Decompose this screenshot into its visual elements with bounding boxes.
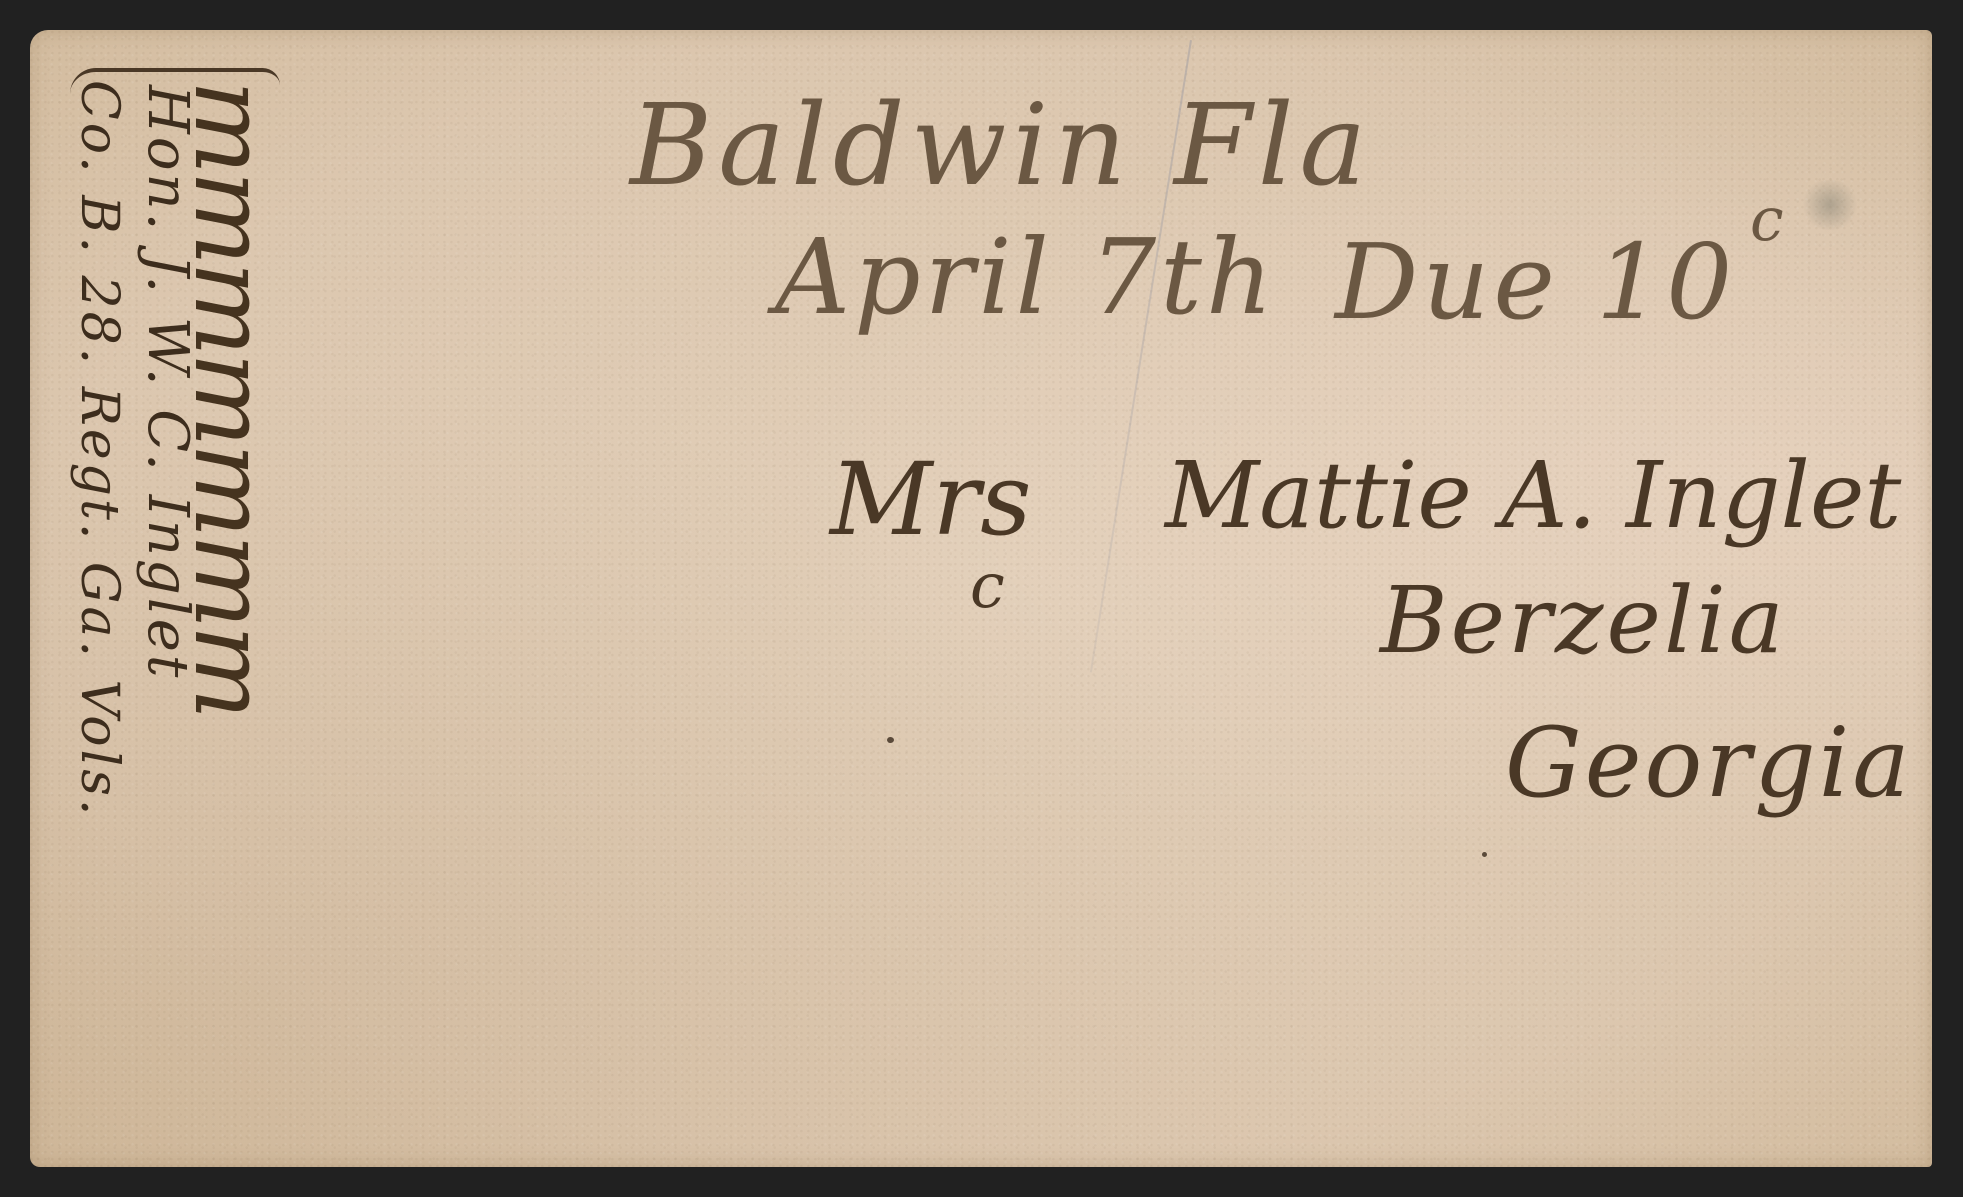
postmark-origin: Baldwin Fla	[630, 90, 1372, 202]
postmark-date: April 7th	[775, 225, 1277, 329]
addressee-title-mark: c	[970, 555, 1005, 617]
address-state: Georgia	[1505, 715, 1913, 811]
corner-mark: c	[1750, 190, 1784, 250]
docket-sender-unit: Co. B. 28. Regt. Ga. Vols.	[73, 80, 125, 818]
ink-spot	[887, 737, 894, 743]
docket-sender-name: Hon. J. W. C. Inglet	[139, 85, 195, 680]
address-city: Berzelia	[1380, 575, 1787, 667]
envelope: Baldwin Fla April 7th Due 10 c Mrs c Mat…	[30, 30, 1932, 1167]
ink-spot	[1482, 852, 1487, 857]
addressee-name: Mattie A. Inglet	[1165, 450, 1901, 542]
postage-due: Due 10	[1335, 230, 1736, 334]
ink-smudge	[1800, 180, 1860, 230]
addressee-title: Mrs	[830, 450, 1032, 550]
